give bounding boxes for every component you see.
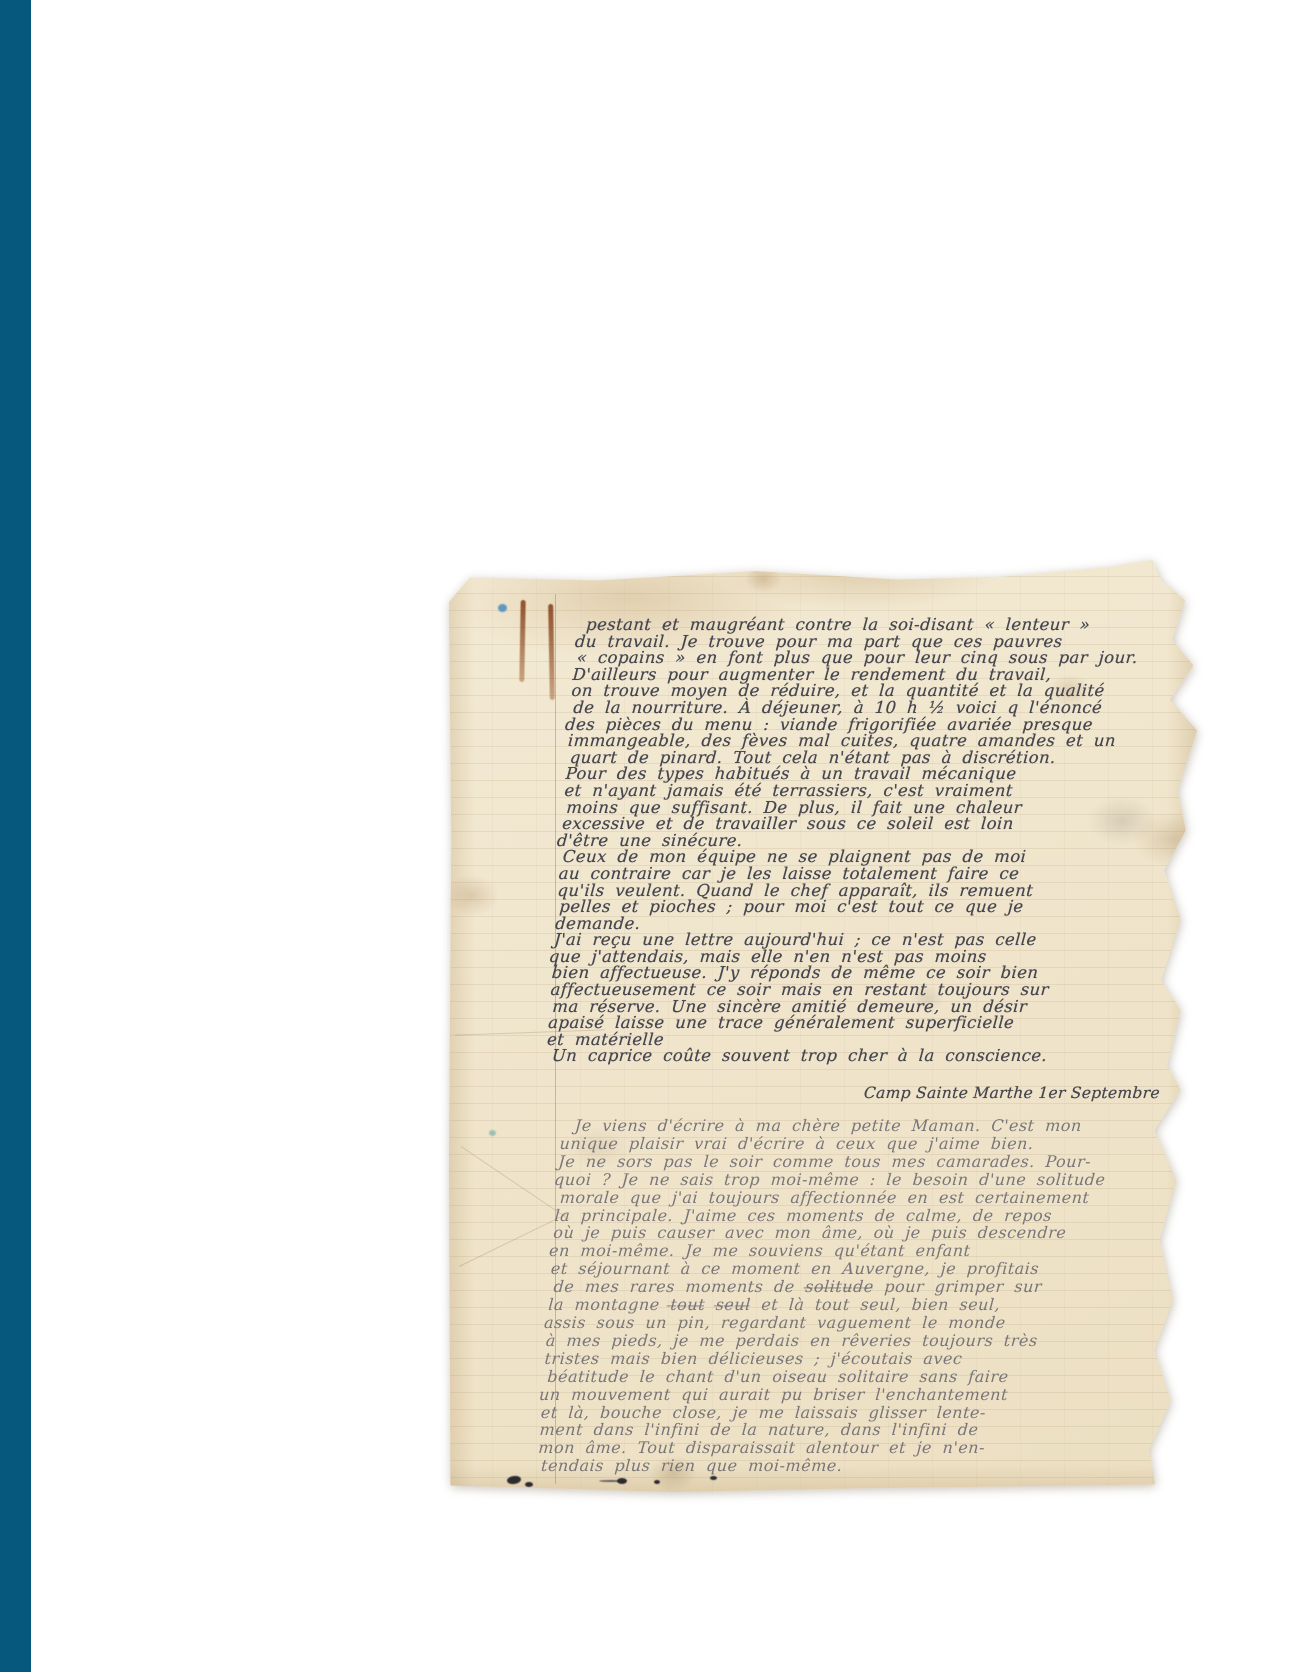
paper-crease [461, 1146, 569, 1220]
manuscript-line: en moi-même. Je me souviens qu'étant enf… [549, 1242, 1163, 1260]
ink-blot [599, 1480, 623, 1482]
catalog-page: pestant et maugréant contre la soi-disan… [0, 0, 1301, 1672]
manuscript-line: béatitude le chant d'un oiseau solitaire… [547, 1368, 1154, 1386]
manuscript-line: où je puis causer avec mon âme, où je pu… [553, 1224, 1164, 1242]
manuscript-line: et séjournant à ce moment en Auvergne, j… [550, 1260, 1161, 1278]
letter-dateline: Camp Sainte Marthe 1er Septembre [863, 1084, 1160, 1102]
left-accent-bar [0, 0, 31, 1672]
manuscript-line: et là, bouche close, je me laissais glis… [540, 1404, 1151, 1422]
letter-text-ink-section: pestant et maugréant contre la soi-disan… [545, 617, 1176, 1065]
manuscript-line: un mouvement qui aurait pu briser l'ench… [538, 1386, 1152, 1404]
manuscript-line: unique plaisir vrai d'écrire à ceux que … [559, 1135, 1170, 1153]
blue-ink-dot [498, 604, 507, 612]
rust-stain [519, 600, 525, 682]
manuscript-paper: pestant et maugréant contre la soi-disan… [449, 560, 1197, 1492]
manuscript-line: de mes rares moments de s̶o̶l̶i̶t̶u̶d̶e̶… [553, 1278, 1160, 1296]
manuscript-line: la montagne t̶o̶u̶t̶ s̶e̶u̶l̶ et là tout… [548, 1296, 1159, 1314]
letter-text-pencil-section: Je viens d'écrire à ma chère petite Mama… [536, 1117, 1171, 1475]
ink-blot [525, 1482, 533, 1487]
manuscript-line: mon âme. Tout disparaissait alentour et … [538, 1439, 1149, 1457]
rust-stain [548, 604, 555, 700]
manuscript-line: Je viens d'écrire à ma chère petite Mama… [574, 1117, 1171, 1135]
manuscript-line: au contraire car je les laisse totalemen… [558, 866, 1159, 883]
manuscript-line: quoi ? Je ne sais trop moi-même : le bes… [554, 1171, 1168, 1189]
manuscript-line: Un caprice coûte souvent trop cher à la … [551, 1048, 1146, 1065]
ink-blot [710, 1476, 717, 1480]
manuscript-line: à mes pieds, je me perdais en rêveries t… [545, 1332, 1156, 1350]
manuscript-line: ment dans l'infini de la nature, dans l'… [539, 1421, 1150, 1439]
ink-blot [654, 1480, 660, 1484]
manuscript-line: tendais plus rien que moi-même. [540, 1457, 1147, 1475]
blue-ink-dot [489, 1130, 496, 1136]
manuscript-line: assis sous un pin, regardant vaguement l… [543, 1314, 1157, 1332]
manuscript-line: la principale. J'aime ces moments de cal… [554, 1207, 1165, 1225]
manuscript-line: morale que j'ai toujours affectionnée en… [559, 1189, 1166, 1207]
manuscript-photo: pestant et maugréant contre la soi-disan… [449, 560, 1197, 1492]
ink-blot [507, 1475, 522, 1485]
manuscript-line: Je ne sors pas le soir comme tous mes ca… [558, 1153, 1169, 1171]
manuscript-line: pelles et pioches ; pour moi c'est tout … [559, 899, 1157, 916]
manuscript-line: tristes mais bien délicieuses ; j'écouta… [544, 1350, 1155, 1368]
